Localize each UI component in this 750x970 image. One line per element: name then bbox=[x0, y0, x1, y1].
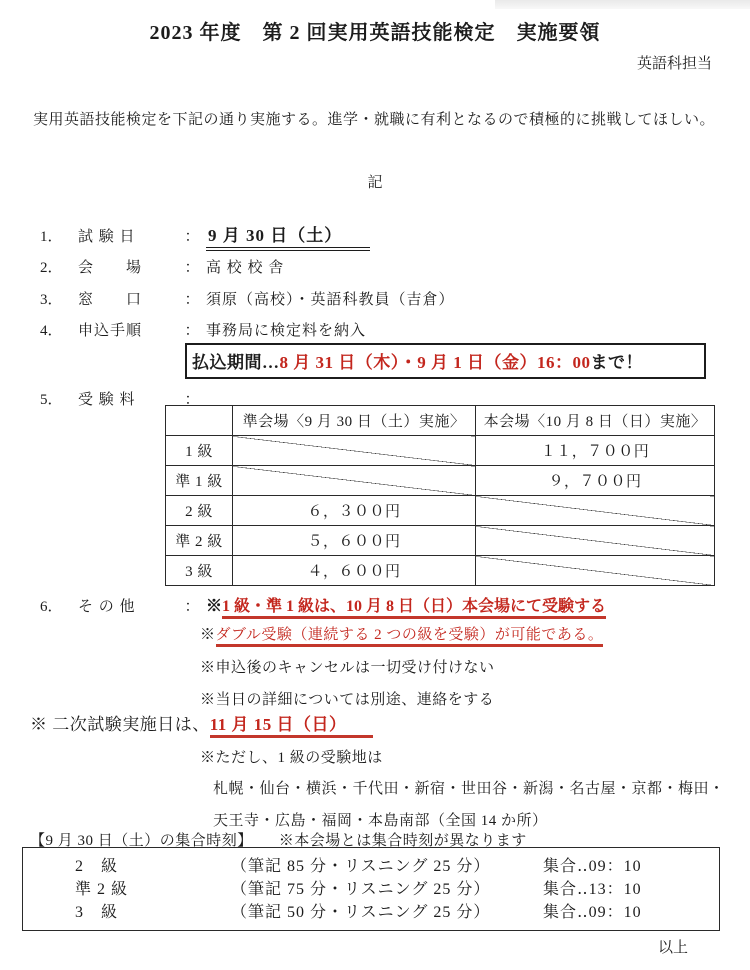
item-colon: ： bbox=[178, 225, 206, 246]
item-label: 会 場 bbox=[78, 256, 178, 277]
item-label: そ の 他 bbox=[78, 595, 178, 616]
note-no-cancel: ※申込後のキャンセルは一切受け付けない bbox=[200, 656, 495, 677]
table-row: 準 2 級 ５，６００円 bbox=[166, 526, 715, 556]
item-number: 3． bbox=[40, 288, 78, 309]
payment-prefix: 払込期間… bbox=[192, 353, 280, 372]
item-number: 5． bbox=[40, 388, 78, 409]
note-double-exam: ※ダブル受験（連続する 2 つの級を受験）が可能である。 bbox=[200, 623, 603, 644]
assembly-detail: （筆記 75 分・リスニング 25 分） bbox=[231, 878, 543, 901]
secondary-exam-note: ※ただし、1 級の受験地は bbox=[200, 746, 383, 767]
payment-suffix: まで！ bbox=[591, 353, 644, 372]
item-other: 6． そ の 他 ： ※1 級・準 1 級は、10 月 8 日（日）本会場にて受… bbox=[40, 593, 730, 616]
secondary-exam-line: ※ 二次試験実施日は、11 月 15 日（日） bbox=[30, 710, 373, 735]
list-item: 3 級 （筆記 50 分・リスニング 25 分） 集合‥09：10 bbox=[23, 901, 719, 924]
fee-header-grade bbox=[166, 406, 233, 436]
byline: 英語科担当 bbox=[637, 52, 712, 73]
secondary-exam-locations-line2: 天王寺・広島・福岡・本島南部（全国 14 か所） bbox=[213, 809, 548, 830]
note-marker: ※ bbox=[200, 627, 216, 643]
assembly-detail: （筆記 50 分・リスニング 25 分） bbox=[231, 901, 543, 924]
exam-date-value: 9 月 30 日（土） bbox=[206, 221, 370, 251]
fee-cell: ５，６００円 bbox=[233, 526, 476, 556]
secondary-exam-prefix: ※ 二次試験実施日は、 bbox=[30, 715, 210, 734]
page-title: 2023 年度 第 2 回実用英語技能検定 実施要領 bbox=[0, 16, 750, 45]
item-number: 6． bbox=[40, 595, 78, 616]
record-marker: 記 bbox=[0, 171, 750, 192]
fee-cell-crossed bbox=[476, 526, 715, 556]
item-exam-date: 1． 試 験 日 ： 9 月 30 日（土） bbox=[40, 221, 730, 251]
contact-value: 須原（高校）・英語科教員（吉倉） bbox=[206, 288, 455, 309]
fee-header-main-venue: 本会場〈10 月 8 日（日）実施〉 bbox=[476, 406, 715, 436]
venue-value: 高 校 校 舎 bbox=[206, 256, 284, 277]
grade-cell: 準 1 級 bbox=[166, 466, 233, 496]
document-page: 2023 年度 第 2 回実用英語技能検定 実施要領 英語科担当 実用英語技能検… bbox=[0, 0, 750, 970]
table-row: 2 級 ６，３００円 bbox=[166, 496, 715, 526]
note-main-venue-text: 1 級・準 1 級は、10 月 8 日（日）本会場にて受験する bbox=[222, 598, 606, 619]
item-colon: ： bbox=[178, 256, 206, 277]
fee-cell: ６，３００円 bbox=[233, 496, 476, 526]
secondary-exam-date: 11 月 15 日（日） bbox=[210, 715, 373, 738]
scan-artifact bbox=[495, 0, 750, 9]
item-number: 4． bbox=[40, 319, 78, 340]
grade-cell: 2 級 bbox=[166, 496, 233, 526]
intro-paragraph: 実用英語技能検定を下記の通り実施する。進学・就職に有利となるので積極的に挑戦して… bbox=[33, 108, 722, 129]
assembly-grade: 2 級 bbox=[75, 855, 231, 878]
fee-header-sub-venue: 準会場〈9 月 30 日（土）実施〉 bbox=[233, 406, 476, 436]
note-details-later: ※当日の詳細については別途、連絡をする bbox=[200, 688, 494, 709]
table-row: 準 1 級 ９，７００円 bbox=[166, 466, 715, 496]
assembly-grade: 3 級 bbox=[75, 901, 231, 924]
assembly-time-box: 2 級 （筆記 85 分・リスニング 25 分） 集合‥09：10 準 2 級 … bbox=[22, 847, 720, 931]
item-label: 受 験 料 bbox=[78, 388, 178, 409]
note-marker: ※ bbox=[206, 598, 222, 615]
grade-cell: 準 2 級 bbox=[166, 526, 233, 556]
fee-cell-crossed bbox=[476, 496, 715, 526]
note-double-exam-text: ダブル受験（連続する 2 つの級を受験）が可能である。 bbox=[216, 627, 604, 647]
payment-deadline-dates: 8 月 31 日（木）・9 月 1 日（金）16：00 bbox=[280, 353, 591, 372]
fee-cell: １１，７００円 bbox=[476, 436, 715, 466]
item-contact: 3． 窓 口 ： 須原（高校）・英語科教員（吉倉） bbox=[40, 288, 730, 309]
assembly-time: 集合‥09：10 bbox=[543, 901, 642, 924]
list-item: 2 級 （筆記 85 分・リスニング 25 分） 集合‥09：10 bbox=[23, 855, 719, 878]
item-colon: ： bbox=[178, 595, 206, 616]
table-row: 3 級 ４，６００円 bbox=[166, 556, 715, 586]
fee-cell-crossed bbox=[233, 436, 476, 466]
item-colon: ： bbox=[178, 288, 206, 309]
grade-cell: 3 級 bbox=[166, 556, 233, 586]
assembly-time: 集合‥13：10 bbox=[543, 878, 642, 901]
assembly-grade: 準 2 級 bbox=[75, 878, 231, 901]
item-application: 4． 申込手順 ： 事務局に検定料を納入 bbox=[40, 319, 730, 340]
fee-cell-crossed bbox=[476, 556, 715, 586]
item-number: 1． bbox=[40, 225, 78, 246]
table-row: 1 級 １１，７００円 bbox=[166, 436, 715, 466]
fee-table: 準会場〈9 月 30 日（土）実施〉 本会場〈10 月 8 日（日）実施〉 1 … bbox=[165, 405, 715, 586]
fee-cell-crossed bbox=[233, 466, 476, 496]
application-value: 事務局に検定料を納入 bbox=[206, 319, 366, 340]
item-label: 申込手順 bbox=[78, 319, 178, 340]
secondary-exam-locations-line1: 札幌・仙台・横浜・千代田・新宿・世田谷・新潟・名古屋・京都・梅田・ bbox=[213, 777, 725, 798]
item-label: 試 験 日 bbox=[78, 225, 178, 246]
payment-deadline-box: 払込期間…8 月 31 日（木）・9 月 1 日（金）16：00まで！ bbox=[185, 343, 706, 379]
assembly-detail: （筆記 85 分・リスニング 25 分） bbox=[231, 855, 543, 878]
grade-cell: 1 級 bbox=[166, 436, 233, 466]
list-item: 準 2 級 （筆記 75 分・リスニング 25 分） 集合‥13：10 bbox=[23, 878, 719, 901]
note-main-venue: ※1 級・準 1 級は、10 月 8 日（日）本会場にて受験する bbox=[206, 593, 606, 616]
fee-cell: ９，７００円 bbox=[476, 466, 715, 496]
item-colon: ： bbox=[178, 319, 206, 340]
closing-marker: 以上 bbox=[658, 936, 688, 957]
item-venue: 2． 会 場 ： 高 校 校 舎 bbox=[40, 256, 730, 277]
fee-table-header-row: 準会場〈9 月 30 日（土）実施〉 本会場〈10 月 8 日（日）実施〉 bbox=[166, 406, 715, 436]
assembly-time: 集合‥09：10 bbox=[543, 855, 642, 878]
item-number: 2． bbox=[40, 256, 78, 277]
fee-cell: ４，６００円 bbox=[233, 556, 476, 586]
item-label: 窓 口 bbox=[78, 288, 178, 309]
